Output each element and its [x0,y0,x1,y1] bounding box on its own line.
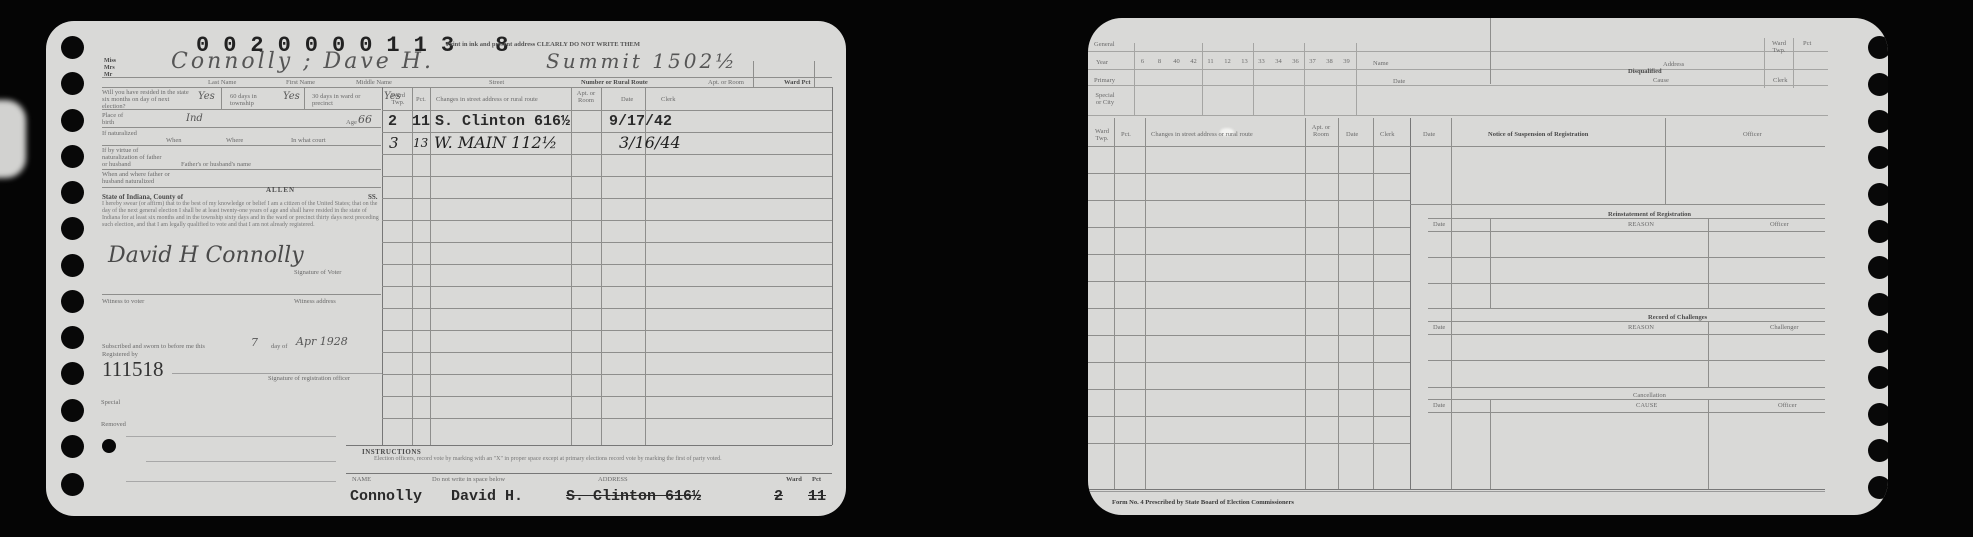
challenges-title: Record of Challenges [1648,314,1707,321]
label-clerk-top: Clerk [1773,77,1787,84]
naturalized-when: When [166,137,182,144]
residency-q1-label: Will you have resided in the state six m… [102,89,192,110]
oath-state-line: State of Indiana, County of [102,193,183,201]
naturalized-court: In what court [291,137,326,144]
birth-place-label: Place of birth [102,112,132,126]
punch-hole [61,473,84,496]
punch-hole [61,290,84,313]
label-primary: Primary [1094,77,1115,84]
strip-label-pct: Pct [812,476,821,483]
row2-pct: 13 [413,136,428,150]
label-address: Address [1663,61,1684,68]
year-cells: 6 8 40 42 11 12 13 33 34 36 37 38 39 [1134,58,1355,65]
label-pct-top: Pct [1803,40,1811,47]
label-ward-twp: Ward Twp. [1768,40,1790,54]
row2-date: 3/16/44 [619,133,681,152]
label-first-name: First Name [286,79,315,86]
punch-hole [61,109,84,132]
subscribed-text: Subscribed and sworn to before me this [102,343,205,350]
label-special: Special or City [1094,92,1116,106]
witness-label: Witness to voter [102,298,144,305]
residency-q2-label: 60 days in township [230,93,280,107]
label-last-name: Last Name [208,79,236,86]
challenges-col-reason: REASON [1628,324,1654,331]
back-col-clerk: Clerk [1380,131,1394,138]
label-name: Name [1373,60,1389,67]
oath-text: I hereby swear (or affirm) that to the b… [102,201,384,229]
label-ward-pct: Ward Pct [784,79,811,86]
voter-signature: David H Connolly [108,243,304,268]
punch-hole [61,217,84,240]
strip-label-address: ADDRESS [598,476,628,483]
age-label: Age [346,119,357,126]
label-number: Number or Rural Route [581,79,648,86]
residency-q2-answer: Yes [283,91,300,102]
special-label: Special [101,399,120,406]
row1-ward: 2 [388,113,397,130]
back-col-changes: Changes in street address or rural route [1151,131,1253,138]
age-value: 66 [358,113,372,126]
stub-pct: 11 [808,488,826,505]
back-col-apt: Apt. or Room [1307,124,1335,138]
col-ward: Ward Twp. [387,92,409,106]
label-street: Street [489,79,504,86]
row2-ward: 3 [389,134,399,152]
punch-hole [1868,330,1888,353]
col-apt: Apt. or Room [574,90,598,104]
punch-hole [1868,256,1888,279]
cancellation-col-officer: Officer [1778,402,1797,409]
punch-hole [1868,146,1888,169]
challenges-col-challenger: Challenger [1770,324,1799,331]
form-footer: Form No. 4 Prescribed by State Board of … [1112,499,1294,506]
subscribed-month: Apr 1928 [296,335,348,348]
punch-hole [61,326,84,349]
punch-hole [1868,439,1888,462]
punch-hole [61,362,84,385]
punch-hole [61,435,84,458]
naturalized-where: Where [226,137,243,144]
label-apt: Apt. or Room [708,79,744,86]
suspension-col-officer: Officer [1743,131,1762,138]
label-cause: Cause [1653,77,1669,84]
col-date: Date [621,96,633,103]
witness-address-label: Witness address [294,298,336,305]
strip-label-name: NAME [352,476,371,483]
cancellation-col-date: Date [1433,402,1445,409]
small-punch-hole [102,439,116,453]
punch-hole [1868,366,1888,389]
label-year: Year [1096,59,1108,66]
col-clerk: Clerk [661,96,675,103]
strip-label-ward: Ward [786,476,802,483]
address-handwritten: Summit 1502½ [546,49,738,73]
back-col-ward: Ward Twp. [1091,128,1113,142]
row1-address: S. Clinton 616½ [435,113,570,130]
punch-hole [61,36,84,59]
punch-hole [61,399,84,422]
punch-hole [61,145,84,168]
oath-ss: SS. [368,193,378,201]
row1-date: 9/17/42 [609,113,672,130]
col-changes: Changes in street address or rural route [436,96,538,103]
row2-address: W. MAIN 112½ [434,133,557,152]
suspension-title: Notice of Suspension of Registration [1488,131,1588,138]
reinstatement-col-date: Date [1433,221,1445,228]
punch-hole [61,254,84,277]
stub-last-name: Connolly [350,488,422,505]
punch-hole [1868,403,1888,426]
label-middle-name: Middle Name [356,79,392,86]
when-where-label: When and where father or husband natural… [102,171,172,185]
adjacent-card-edge [0,100,26,178]
name-handwritten: Connolly ; Dave H. [171,49,434,74]
stub-ward: 2 [774,488,783,505]
officer-label: Signature of registration officer [268,375,350,382]
label-general: General [1094,41,1115,48]
punch-hole [1868,36,1888,59]
cancellation-title: Cancellation [1633,392,1666,399]
stub-first-name: David H. [451,488,523,505]
father-naturalization-label: If by virtue of naturalization of father… [102,147,162,168]
oath-county: ALLEN [266,186,295,194]
punch-hole [61,72,84,95]
instructions-title: INSTRUCTIONS [362,448,421,456]
label-disqualified: Disqualified [1628,68,1662,75]
challenges-col-date: Date [1433,324,1445,331]
residency-q1-answer: Yes [198,91,215,102]
header-notice: Print in ink and present address CLEARLY… [446,41,640,48]
label-date-top: Date [1393,78,1405,85]
stub-address: S. Clinton 616½ [566,488,701,505]
subscribed-month-label: day of [271,343,287,350]
back-col-date: Date [1346,131,1358,138]
title-prefixes: Miss Mrs Mr [104,58,116,79]
reinstatement-title: Reinstatement of Registration [1608,211,1691,218]
punch-hole [1868,220,1888,243]
col-pct: Pct. [416,96,426,103]
row1-pct: 11 [412,113,430,130]
punch-hole [1868,293,1888,316]
registration-card-back: General Year Primary Special or City 6 8… [1088,18,1888,515]
cancellation-col-cause: CAUSE [1636,402,1657,409]
punch-hole [1868,110,1888,133]
back-col-pct: Pct. [1121,131,1131,138]
subscribed-day: 7 [251,336,258,349]
suspension-col-date: Date [1423,131,1435,138]
punch-hole [61,181,84,204]
reinstatement-col-reason: REASON [1628,221,1654,228]
father-name-label: Father's or husband's name [181,161,251,168]
punch-hole [1868,476,1888,499]
instructions-text: Election officers, record vote by markin… [374,456,824,463]
removed-label: Removed [101,421,126,428]
registration-number: 111518 [102,357,163,382]
signature-label: Signature of Voter [294,269,341,276]
residency-q3-label: 30 days in ward or precinct [312,93,382,107]
naturalized-label: If naturalized [102,130,142,137]
punch-hole [1868,73,1888,96]
strip-label-note: Do not write in space below [432,476,505,483]
reinstatement-col-officer: Officer [1770,221,1789,228]
registration-card-front: 0020000113 8 Print in ink and present ad… [46,21,846,516]
punch-hole [1868,183,1888,206]
birth-place-value: Ind [186,113,203,124]
